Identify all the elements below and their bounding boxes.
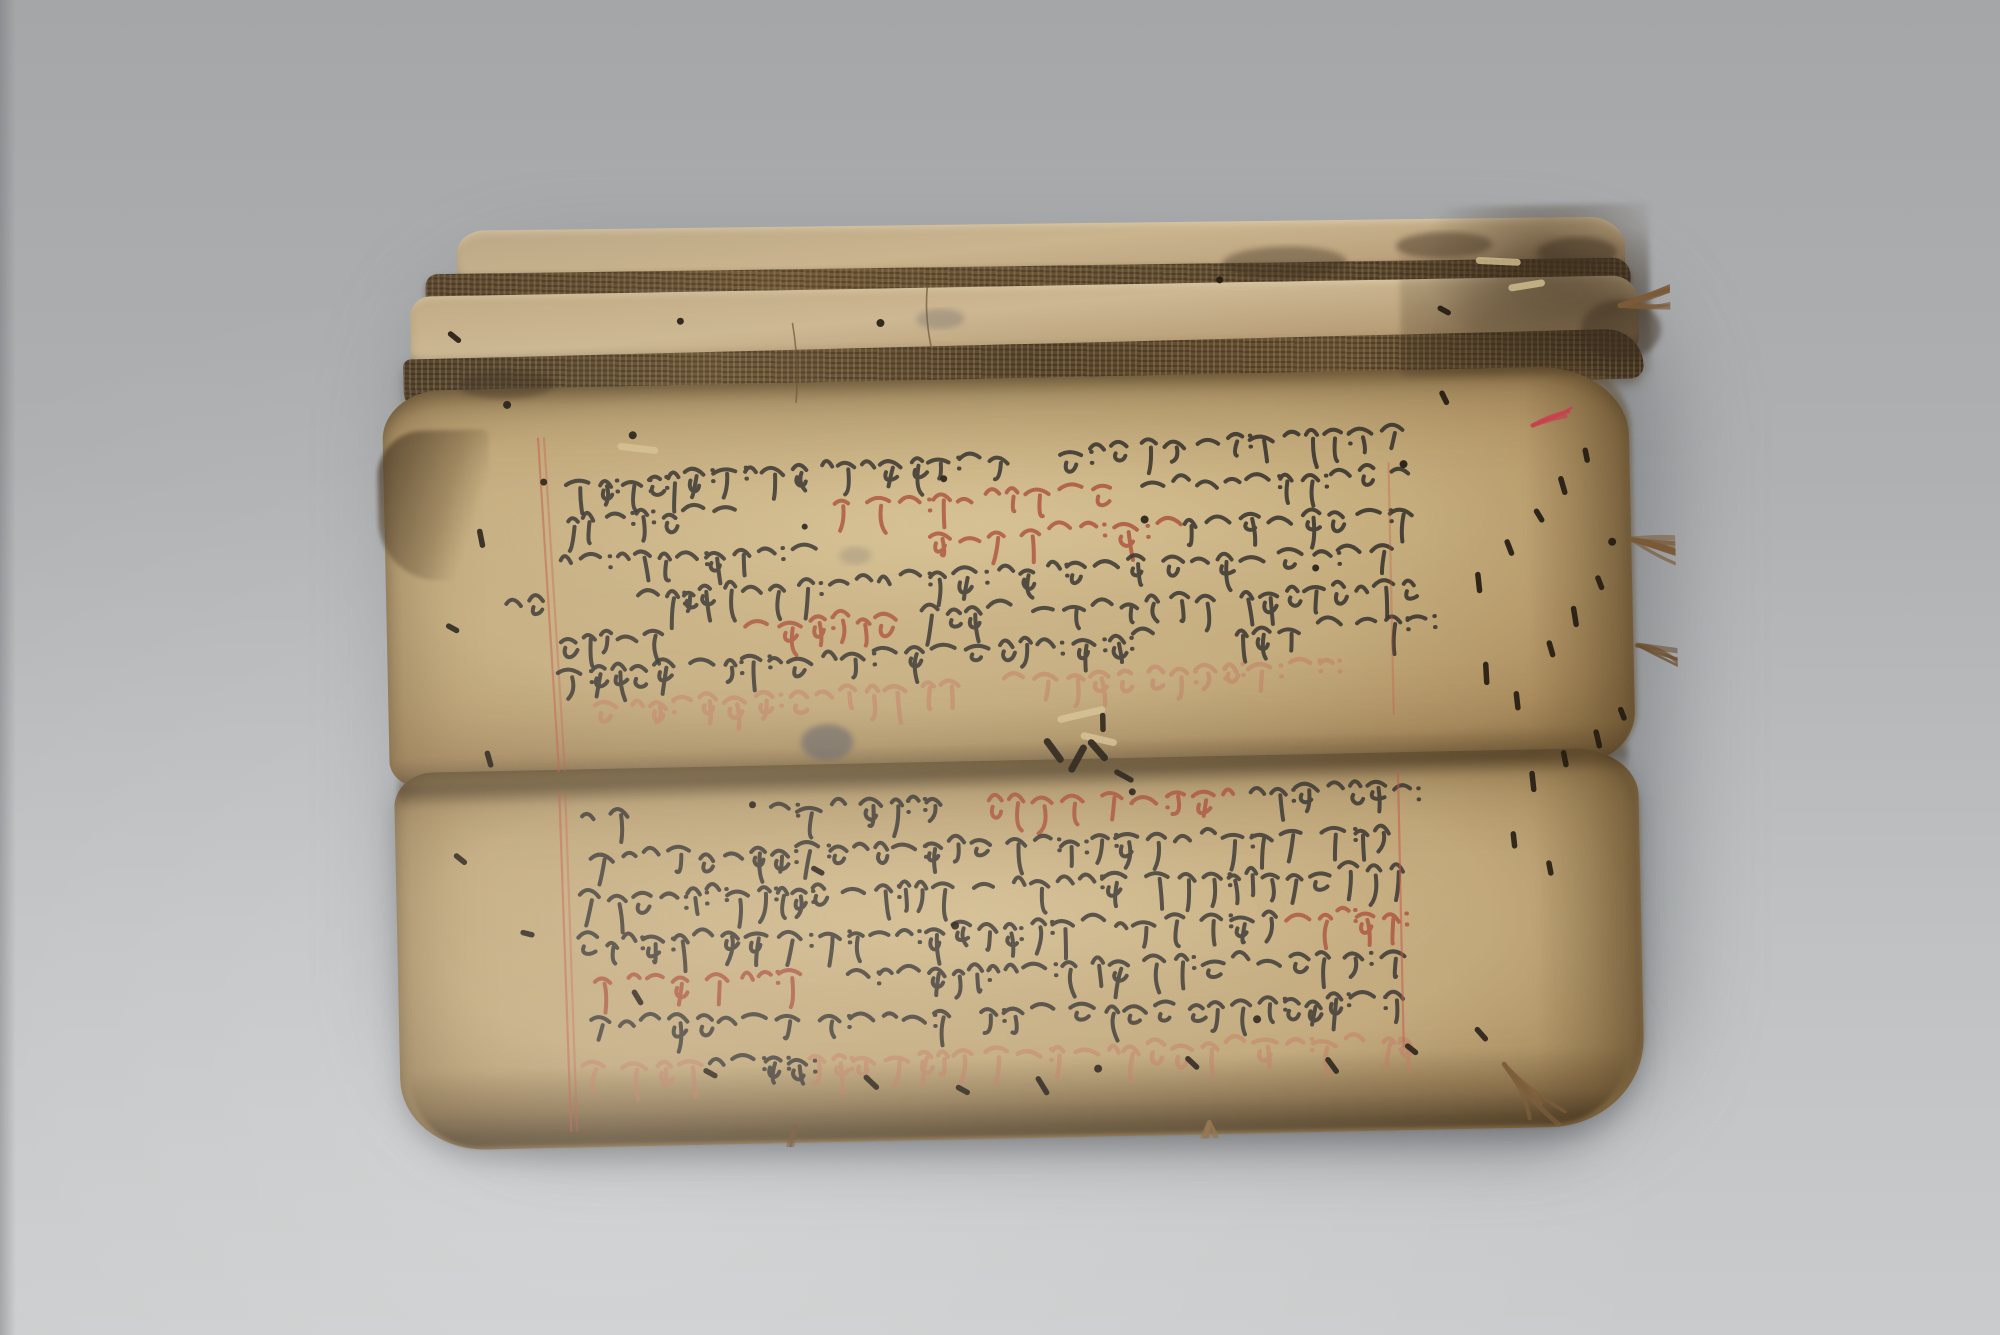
photo-scene [0, 0, 2000, 1335]
manuscript [379, 208, 1688, 1155]
manuscript-detail-layer [379, 208, 1688, 1155]
